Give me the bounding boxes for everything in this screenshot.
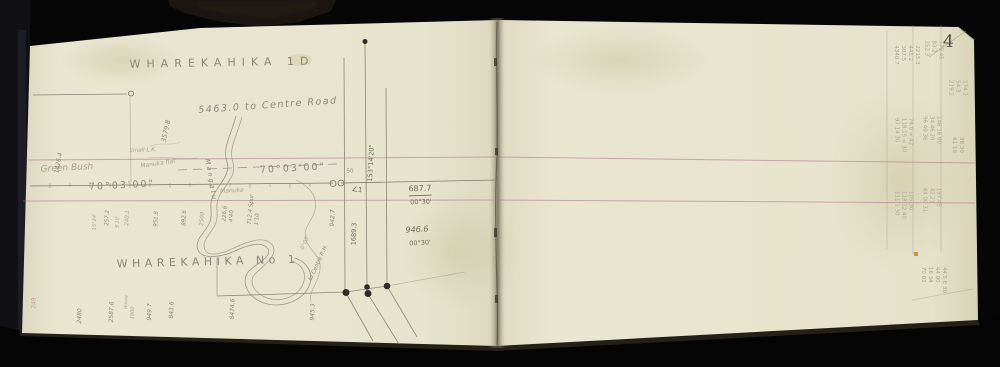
calc-group-g: 197.45 42.21 44 00 31: [921, 188, 942, 213]
bearing-153-14-20: 153°14'20": [366, 144, 376, 181]
calc-group-d: 74.0 = 42 118.15 = 30 97 14 30: [893, 118, 914, 152]
chainage-949-7: 949.7: [146, 303, 154, 320]
chainage-712-4-spur: 712.4 Spur 1'10: [247, 194, 263, 225]
chainage-843-6: 843.6: [168, 301, 176, 318]
chainage-945-3: 945.3: [309, 303, 317, 320]
calc-group-h: 44.5 E 30 44 00 16 34 70 02: [919, 267, 947, 293]
calc-group-f: 105 30 118 12 40 111 1 30: [893, 191, 914, 219]
chainage-951-8: 951.8: [153, 211, 160, 227]
chainage-1900: 1900: [130, 307, 137, 320]
chainage-5-10: 5'10': [115, 216, 122, 229]
chainage-2587-6: 2587.6: [108, 301, 116, 322]
chainage-3579-8: 3579.8: [160, 119, 173, 143]
bearing-00-30-a: 00°30': [410, 198, 432, 207]
measure-687-7: 687.7: [408, 184, 431, 197]
label-mangatu-stream: Mangatu: [203, 158, 218, 201]
bearing-0-00: 0°00': [300, 235, 312, 251]
page-number: 4: [943, 32, 964, 53]
chainage-892-6: 892.6: [181, 210, 188, 226]
chainage-240-1: 240.1: [124, 210, 131, 226]
bearing-70-03-00-right: 70°03'00": [260, 161, 327, 176]
calc-group-a: 2215.3 445.2 307.5 4340.7: [892, 45, 920, 64]
chainage-8474-6: 8474.6: [229, 298, 237, 319]
chainage-2480: 2480: [76, 308, 84, 324]
bearing-70-03-00-left: 70°03'00": [89, 178, 156, 193]
chainage-1689-3: 1689.3: [350, 222, 359, 245]
label-small-lk: Small L.K.: [129, 147, 156, 155]
note-to-centre-road: 5463.0 to Centre Road: [198, 95, 338, 117]
bearing-00-30-b: 00°30': [409, 238, 431, 247]
calc-group-b: 179.45 93.2 152.3: [923, 40, 944, 59]
label-green-bush: Green Bush: [40, 162, 93, 176]
chainage-942-7: 942.7: [329, 209, 337, 226]
margin-so-249: 249: [30, 297, 38, 308]
measure-946-6: 946.6: [405, 224, 428, 235]
calc-group-i: 38 30 61 19: [950, 137, 964, 153]
chainage-257-2: 257.2: [104, 210, 111, 226]
field-book-scan: WHAREKAHIKA 1D5463.0 to Centre RoadGreen…: [0, 0, 1000, 367]
note-50: 50: [347, 169, 354, 176]
calc-group-e: 146 16 00 34 46 20 96 40 36: [921, 116, 942, 144]
chainage-2500: 2500: [199, 212, 207, 227]
label-manuka: Manuka: [220, 187, 244, 196]
chainage-226-6: 226.6 4'40: [221, 206, 236, 223]
calc-group-c: 174.2 54.3 219.2: [947, 80, 968, 96]
handwriting-layer: WHAREKAHIKA 1D5463.0 to Centre RoadGreen…: [0, 0, 1000, 367]
note-angle-1: ∠1: [351, 185, 363, 195]
note-to-centre-rh: to Centre R.H.: [308, 244, 331, 282]
block-title-wharekahika-1d: WHAREKAHIKA 1D: [129, 55, 314, 72]
chainage-15-24: 15°24': [92, 214, 99, 231]
label-manuka-flat: Manuka flat: [140, 158, 176, 170]
block-title-wharekahika-no1: WHAREKAHIKA No 1: [116, 253, 299, 272]
